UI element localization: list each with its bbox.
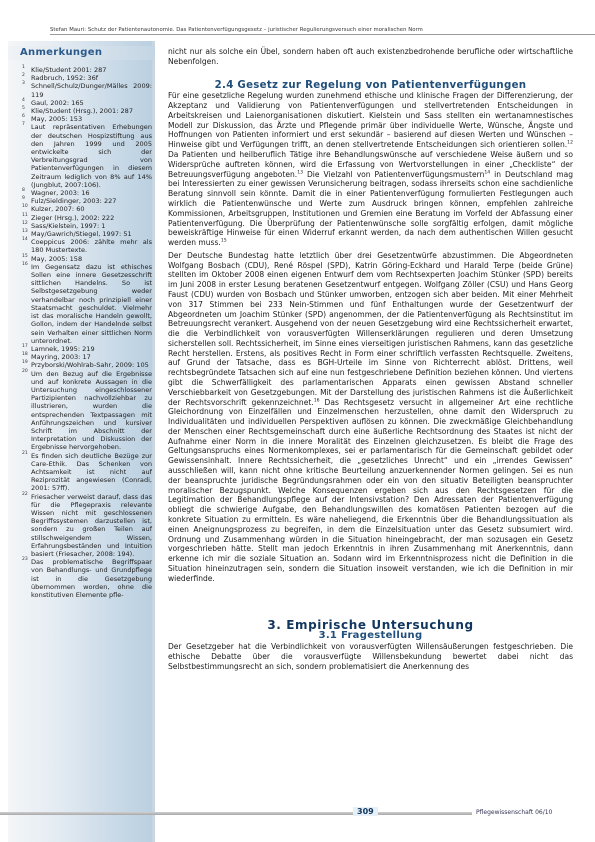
footnote-number: 5 — [22, 106, 25, 111]
footnote-item: 21Es finden sich deutliche Bezüge zur Ca… — [22, 452, 152, 493]
intro-paragraph: nicht nur als solche ein Übel, sondern h… — [168, 47, 573, 67]
footnote-text: Friesacher verweist darauf, dass das für… — [31, 493, 152, 558]
paragraph-2-4-2: Der Deutsche Bundestag hatte letztlich ü… — [168, 251, 573, 584]
main-text-column: nicht nur als solche ein Übel, sondern h… — [168, 47, 573, 671]
footnote-item: 20Um den Bezug auf die Ergebnisse und au… — [22, 370, 152, 452]
footnote-text: Mayring, 2003: 17 — [31, 353, 91, 361]
footnote-number: 16 — [22, 262, 28, 267]
footnote-item: 9Fulz/Sieldinger, 2003: 227 — [22, 197, 152, 205]
sidebar-edge — [152, 41, 155, 842]
footnote-item: 22Friesacher verweist darauf, dass das f… — [22, 493, 152, 559]
footnote-item: 5Klie/Student (Hrsg.), 2001: 287 — [22, 107, 152, 115]
footnote-item: 13May/Gawrich/Stiegel, 1997: 51 — [22, 230, 152, 238]
footnote-number: 11 — [22, 213, 28, 218]
footnote-text: Coeppicus 2006: zählte mehr als 180 Must… — [31, 238, 152, 254]
footnote-text: May, 2005: 158 — [31, 255, 82, 263]
footnote-item: 6May, 2005: 153 — [22, 115, 152, 123]
footnote-item: 2Radbruch, 1952: 36f — [22, 74, 152, 82]
notes-title: Anmerkungen — [20, 47, 102, 58]
footnote-number: 18 — [22, 352, 28, 357]
footnote-text: Im Gegensatz dazu ist ethisches Sollen e… — [31, 263, 152, 345]
footnote-text: Zieger (Hrsg.), 2002: 222 — [31, 214, 114, 222]
footnote-text: Um den Bezug auf die Ergebnisse und auf … — [31, 370, 152, 452]
footnote-number: 1 — [22, 65, 25, 70]
footnote-text: Sass/Kielstein, 1997: 1 — [31, 222, 105, 230]
footer-rule — [0, 812, 472, 815]
running-header: Stefan Mauri: Schutz der Patientenautono… — [50, 27, 595, 35]
footnote-item: 17Lamnek, 1995: 219 — [22, 345, 152, 353]
page-footer: 309 Pflegewissenschaft 06/10 — [0, 808, 595, 820]
footnote-text: Schnell/Schulz/Dunger/Mälles 2009: 119 — [31, 82, 152, 98]
page-number: 309 — [353, 807, 378, 816]
footnote-number: 14 — [22, 237, 28, 242]
footnote-text: Fulz/Sieldinger, 2003: 227 — [31, 197, 116, 205]
footnote-text: Klie/Student 2001: 287 — [31, 66, 106, 74]
footnote-item: 23Das problematische Begriffspaar von Be… — [22, 558, 152, 599]
footnote-item: 11Zieger (Hrsg.), 2002: 222 — [22, 214, 152, 222]
footnote-number: 13 — [22, 229, 28, 234]
footnote-text: May, 2005: 153 — [31, 115, 82, 123]
footnote-text: Laut repräsentativen Erhebungen der deut… — [31, 123, 152, 188]
footnote-item: 18Mayring, 2003: 17 — [22, 353, 152, 361]
footnote-number: 12 — [22, 221, 28, 226]
footnote-text: Es finden sich deutliche Bezüge zur Care… — [31, 452, 152, 493]
footnote-number: 2 — [22, 73, 25, 78]
footnote-text: Das problematische Begriffspaar von Beha… — [31, 558, 152, 599]
footnote-item: 3Schnell/Schulz/Dunger/Mälles 2009: 119 — [22, 82, 152, 98]
footnote-number: 8 — [22, 188, 25, 193]
footnote-number: 10 — [22, 204, 28, 209]
footnote-text: Gaul, 2002: 165 — [31, 99, 84, 107]
footnote-item: 15May, 2005: 158 — [22, 255, 152, 263]
footnote-item: 8Wagner, 2003: 16 — [22, 189, 152, 197]
paragraph-2-4-1: Für eine gesetzliche Regelung wurden zun… — [168, 91, 573, 248]
footnote-number: 3 — [22, 81, 25, 86]
footnote-text: Przyborski/Wohlrab-Sahr, 2009: 105 — [31, 361, 149, 369]
footnote-number: 20 — [22, 369, 28, 374]
footnote-text: Radbruch, 1952: 36f — [31, 74, 98, 82]
footnote-item: 7Laut repräsentativen Erhebungen der deu… — [22, 123, 152, 189]
footnote-text: Kulzer, 2007: 60 — [31, 205, 85, 213]
footnote-number: 4 — [22, 98, 25, 103]
footnote-number: 17 — [22, 344, 28, 349]
footnote-item: 12Sass/Kielstein, 1997: 1 — [22, 222, 152, 230]
footnote-text: Lamnek, 1995: 219 — [31, 345, 95, 353]
footnote-number: 19 — [22, 360, 28, 365]
footnote-number: 15 — [22, 254, 28, 259]
footnote-number: 23 — [22, 557, 28, 562]
footnote-item: 4Gaul, 2002: 165 — [22, 99, 152, 107]
section-heading-2-4: 2.4 Gesetz zur Regelung von Patientenver… — [168, 81, 573, 91]
footnote-text: Klie/Student (Hrsg.), 2001: 287 — [31, 107, 133, 115]
footnote-ref[interactable]: 15 — [221, 239, 227, 244]
footnote-number: 6 — [22, 114, 25, 119]
footnote-text: Wagner, 2003: 16 — [31, 189, 90, 197]
footnote-number: 22 — [22, 492, 28, 497]
footnote-list: 1Klie/Student 2001: 2872Radbruch, 1952: … — [22, 66, 152, 599]
footnote-number: 7 — [22, 122, 25, 127]
footnote-ref[interactable]: 12 — [567, 141, 573, 146]
footnote-number: 9 — [22, 196, 25, 201]
footnote-item: 19Przyborski/Wohlrab-Sahr, 2009: 105 — [22, 361, 152, 369]
subsection-heading-3-1: 3.1 Fragestellung — [168, 631, 573, 641]
footnote-item: 1Klie/Student 2001: 287 — [22, 66, 152, 74]
footnote-number: 21 — [22, 451, 28, 456]
footnote-item: 14Coeppicus 2006: zählte mehr als 180 Mu… — [22, 238, 152, 254]
footnote-text: May/Gawrich/Stiegel, 1997: 51 — [31, 230, 132, 238]
footnote-item: 10Kulzer, 2007: 60 — [22, 205, 152, 213]
footnote-item: 16Im Gegensatz dazu ist ethisches Sollen… — [22, 263, 152, 345]
paragraph-3-1: Der Gesetzgeber hat die Verbindlichkeit … — [168, 642, 573, 671]
journal-name: Pflegewissenschaft 06/10 — [476, 809, 552, 816]
